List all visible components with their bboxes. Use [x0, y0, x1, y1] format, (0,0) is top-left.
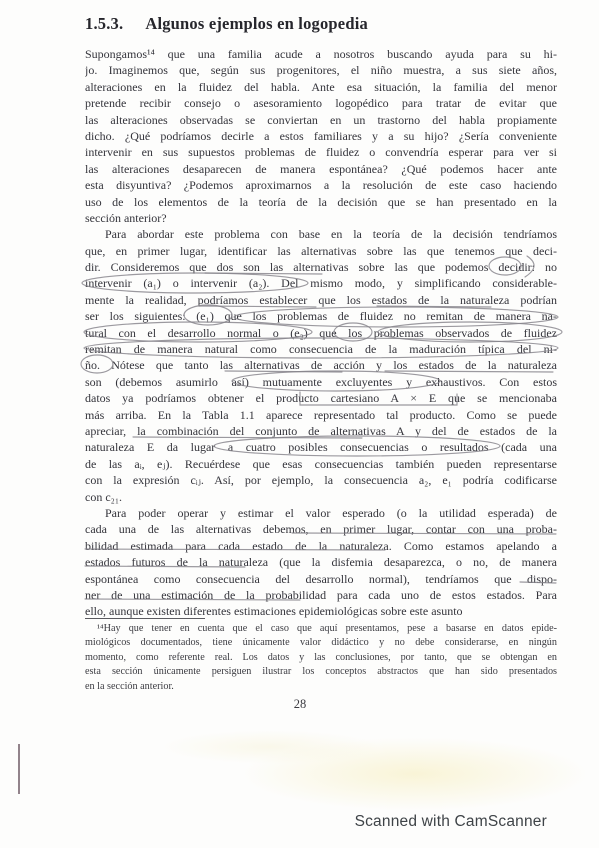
text-line: apreciar, la combinación del conjunto de…: [85, 423, 557, 439]
text-line: pretende recibir consejo o asesoramiento…: [85, 95, 557, 111]
footnote: ¹⁴Hay que tener en cuenta que el caso qu…: [85, 622, 557, 694]
footnote-line: miológicos documentados, tiene únicament…: [85, 636, 557, 650]
text-line: que, en primer lugar, identificar las al…: [85, 243, 557, 259]
text-line: Para poder operar y estimar el valor esp…: [85, 505, 557, 521]
section-heading: 1.5.3.Algunos ejemplos en logopedia: [85, 14, 565, 34]
text-line: más arriba. En la Tabla 1.1 aparece repr…: [85, 407, 557, 423]
text-line: dir. Consideremos que dos son las altern…: [85, 259, 557, 275]
footnote-line: esta sección únicamente persiguen ilustr…: [85, 665, 557, 679]
text-line: Para abordar este problema con base en l…: [85, 226, 557, 242]
text-line: dicho. ¿Qué podríamos decirle a estos fa…: [85, 128, 557, 144]
text-line: tural con el desarrollo normal o (e₂) qu…: [85, 325, 557, 341]
text-line: ner de una estimación de la probabilidad…: [85, 587, 557, 603]
footnote-line: momento, como referente real. Los datos …: [85, 651, 557, 665]
text-line: las alteraciones observadas se convierta…: [85, 112, 557, 128]
text-line: uso de los elementos de la teoría de la …: [85, 194, 557, 210]
section-number: 1.5.3.: [85, 14, 123, 33]
scanned-page: 1.5.3.Algunos ejemplos en logopedia Supo…: [0, 0, 599, 848]
footnote-line: ¹⁴Hay que tener en cuenta que el caso qu…: [85, 622, 557, 636]
text-line: espontánea como consecuencia del desarro…: [85, 571, 557, 587]
text-line: Supongamos¹⁴ que una familia acude a nos…: [85, 46, 557, 62]
text-line: estados futuros de la naturaleza (que la…: [85, 554, 557, 570]
text-line: son (debemos asumirlo así) mutuamente ex…: [85, 374, 557, 390]
text-line: remitan de manera natural como consecuen…: [85, 341, 557, 357]
body-text: Supongamos¹⁴ que una familia acude a nos…: [85, 46, 557, 620]
text-line: bilidad estimada para cada estado de la …: [85, 538, 557, 554]
footnote-line: en la sección anterior.: [85, 680, 557, 694]
text-line: jo. Imaginemos que, según sus progenitor…: [85, 62, 557, 78]
text-line: con la expresión cᵢⱼ. Así, por ejemplo, …: [85, 472, 557, 488]
page-number: 28: [85, 697, 515, 712]
text-line: con c₂₁.: [85, 489, 557, 505]
text-line: sección anterior?: [85, 210, 557, 226]
text-line: esta disyuntiva? ¿Podemos aproximarnos a…: [85, 177, 557, 193]
text-line: intervenir (a₁) o intervenir (a₂). Del m…: [85, 275, 557, 291]
text-line: cada una de las alternativas debemos, en…: [85, 521, 557, 537]
text-line: alteraciones en la fluidez del habla. An…: [85, 79, 557, 95]
text-line: las alteraciones desaparecen de manera e…: [85, 161, 557, 177]
text-line: ser los siguientes: (e₁) que los problem…: [85, 308, 557, 324]
text-line: datos ya podríamos obtener el producto c…: [85, 390, 557, 406]
section-title: Algunos ejemplos en logopedia: [145, 14, 368, 33]
text-line: ño. Nótese que tanto las alternativas de…: [85, 357, 557, 373]
scan-glare-small: [160, 730, 380, 764]
text-line: mente la realidad, podríamos establecer …: [85, 292, 557, 308]
text-line: intervenir en sus supuestos problemas de…: [85, 144, 557, 160]
scan-artifact-line: [18, 744, 20, 794]
footnote-rule: [85, 618, 205, 619]
camscanner-watermark: Scanned with CamScanner: [355, 813, 547, 831]
text-line: de las aᵢ, eⱼ). Recuérdese que esas cons…: [85, 456, 557, 472]
text-line: naturaleza E da lugar a cuatro posibles …: [85, 439, 557, 455]
